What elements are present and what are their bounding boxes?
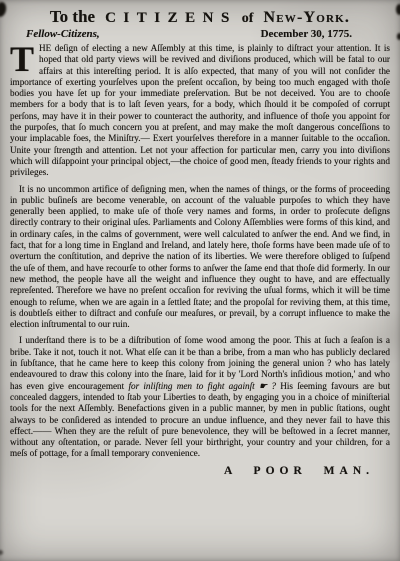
dropcap-initial: T — [10, 43, 39, 73]
paragraph-2: It is no uncommon artifice of deſigning … — [10, 184, 390, 331]
byline-row: Fellow-Citizens, December 30, 1775. — [0, 27, 400, 40]
broadside-page: To the CITIZENS of New-York. Fellow-Citi… — [0, 0, 400, 561]
paragraph-2-text: It is no uncommon artifice of deſigning … — [10, 184, 390, 330]
paragraph-1-text: HE deſign of electing a new Aſſembly at … — [10, 43, 390, 177]
title-citizens: CITIZENS — [105, 10, 237, 27]
title-prefix: To the — [50, 7, 95, 27]
paragraph-3-italic-phrase: for inliſting men to fight againſt ☛ ? — [128, 381, 276, 391]
scan-artifact-top-right — [396, 4, 400, 15]
salutation: Fellow-Citizens, — [26, 28, 100, 40]
paragraph-3-text-after: His ſeeming favours are but concealed da… — [10, 381, 390, 459]
page-title: To the CITIZENS of New-York. — [0, 0, 400, 27]
paragraph-3: I underſtand there is to be a diſtributi… — [10, 335, 390, 459]
title-place: New-York. — [263, 9, 350, 27]
dateline: December 30, 1775. — [261, 28, 352, 40]
signature: A POOR MAN. — [10, 465, 390, 477]
scan-artifact-bottom-left — [0, 550, 3, 555]
paragraph-1: THE deſign of electing a new Aſſembly at… — [10, 43, 390, 179]
body-text: THE deſign of electing a new Aſſembly at… — [0, 40, 400, 477]
title-of: of — [242, 11, 254, 27]
